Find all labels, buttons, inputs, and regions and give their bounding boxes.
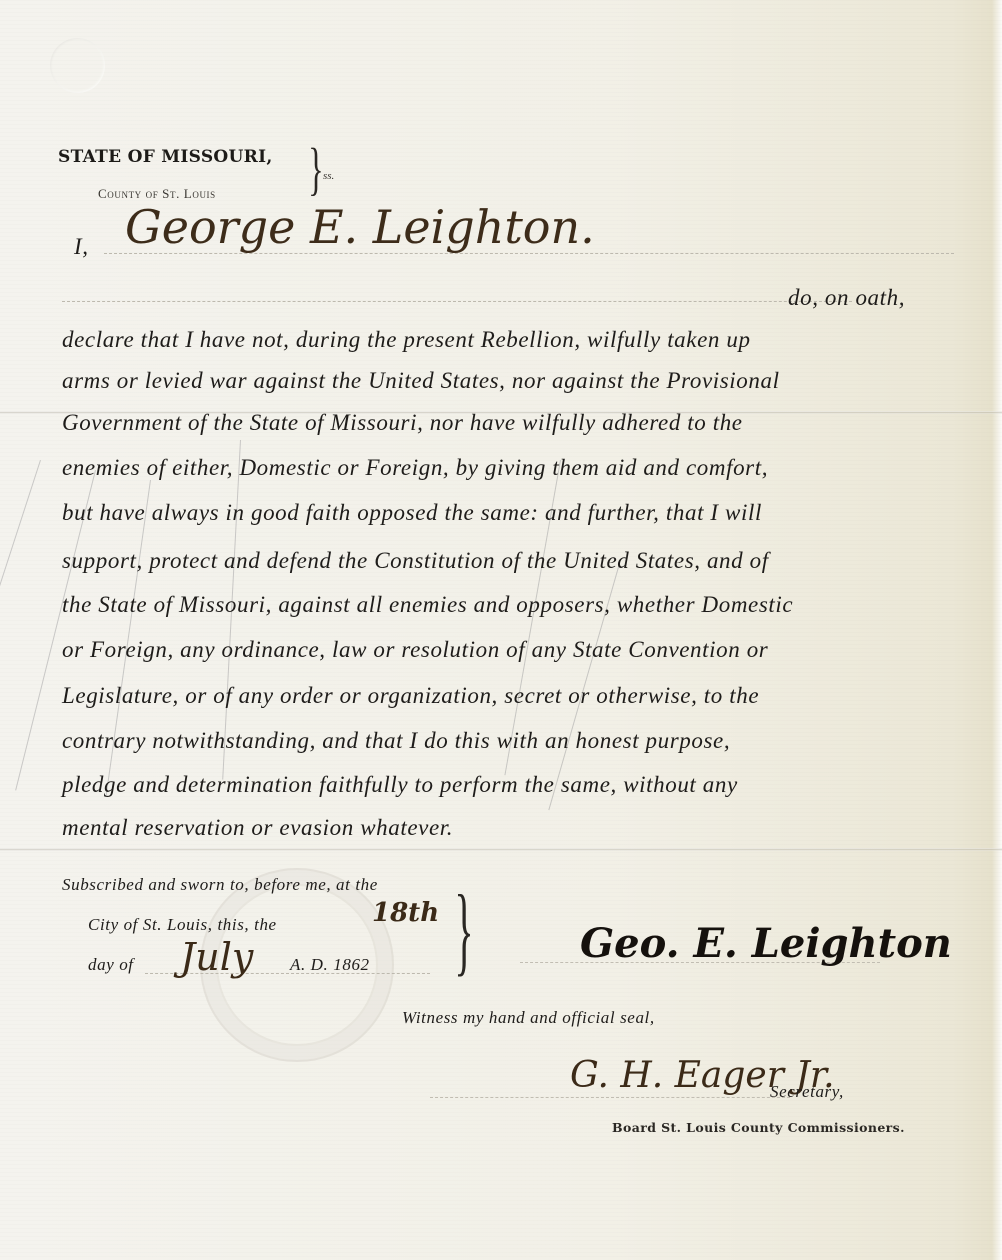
affiant-signature: Geo. E. Leighton [580,920,952,967]
oath-line: or Foreign, any ordinance, law or resolu… [62,637,768,663]
fold-crease-lower [0,848,1002,851]
oath-line: Government of the State of Missouri, nor… [62,410,743,436]
secretary-title: Secretary, [770,1082,844,1102]
second-dotted-line [62,301,852,302]
oath-line: arms or levied war against the United St… [62,368,780,394]
brace-symbol: } [308,140,323,198]
oath-line: enemies of either, Domestic or Foreign, … [62,455,768,481]
oath-line: declare that I have not, during the pres… [62,327,751,353]
oath-opening: I, [74,234,89,260]
oath-line: the State of Missouri, against all enemi… [62,592,793,618]
jurat-line-3: day of [88,955,134,975]
oath-line: support, protect and defend the Constitu… [62,548,769,574]
secretary-signature-line [430,1097,790,1098]
ss-abbreviation: ss. [323,170,334,182]
affiant-name-handwritten: George E. Leighton. [125,200,595,254]
witness-text: Witness my hand and official seal, [402,1008,655,1028]
board-name: Board St. Louis County Commissioners. [612,1120,905,1135]
do-on-oath: do, on oath, [788,285,905,311]
anno-domini-year: A. D. 1862 [290,955,370,975]
jurat-line-1: Subscribed and sworn to, before me, at t… [62,875,378,895]
oath-line: pledge and determination faithfully to p… [62,772,738,798]
embossed-stamp-mark [50,38,105,93]
oath-line: contrary notwithstanding, and that I do … [62,728,730,754]
day-handwritten: 18th [372,898,439,928]
oath-line: mental reservation or evasion whatever. [62,815,453,841]
state-heading: STATE OF MISSOURI, [58,147,273,167]
oath-line: but have always in good faith opposed th… [62,500,762,526]
jurat-line-2: City of St. Louis, this, the [88,915,277,935]
oath-line: Legislature, or of any order or organiza… [62,683,759,709]
month-handwritten: July [180,935,253,979]
jurat-brace: } [454,880,473,980]
